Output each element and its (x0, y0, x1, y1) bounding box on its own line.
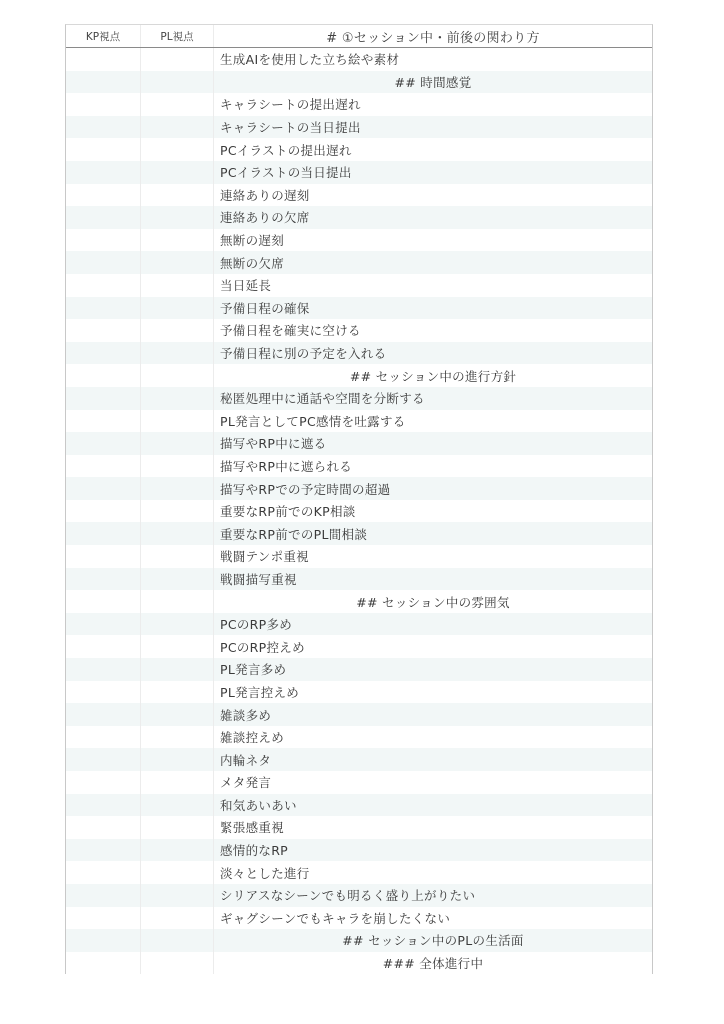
pl-view-cell[interactable] (141, 613, 214, 636)
item-label: キャラシートの提出遅れ (214, 93, 652, 116)
kp-view-cell[interactable] (66, 681, 141, 704)
kp-view-cell[interactable] (66, 274, 141, 297)
table-row: PCのRP控えめ (66, 635, 652, 658)
header-section-title: # ①セッション中・前後の関わり方 (214, 25, 652, 47)
kp-view-cell[interactable] (66, 319, 141, 342)
table-row: 雑談多め (66, 703, 652, 726)
item-label: 重要なRP前でのPL間相談 (214, 522, 652, 545)
table-row: PL発言としてPC感情を吐露する (66, 410, 652, 433)
pl-view-cell[interactable] (141, 681, 214, 704)
kp-view-cell[interactable] (66, 635, 141, 658)
pl-view-cell[interactable] (141, 410, 214, 433)
table-row: 重要なRP前でのPL間相談 (66, 522, 652, 545)
table-row: 緊張感重視 (66, 816, 652, 839)
item-label: 内輪ネタ (214, 748, 652, 771)
kp-view-cell[interactable] (66, 839, 141, 862)
pl-view-cell[interactable] (141, 794, 214, 817)
section-heading-row: ### 全体進行中 (66, 952, 652, 975)
item-label: 重要なRP前でのKP相談 (214, 500, 652, 523)
pl-view-cell[interactable] (141, 71, 214, 94)
item-label: 描写やRP中に遮る (214, 432, 652, 455)
item-label: 雑談控えめ (214, 726, 652, 749)
item-label: 生成AIを使用した立ち絵や素材 (214, 48, 652, 71)
pl-view-cell[interactable] (141, 590, 214, 613)
kp-view-cell[interactable] (66, 251, 141, 274)
table-row: 連絡ありの欠席 (66, 206, 652, 229)
kp-view-cell[interactable] (66, 364, 141, 387)
kp-view-cell[interactable] (66, 387, 141, 410)
table-row: 重要なRP前でのKP相談 (66, 500, 652, 523)
pl-view-cell[interactable] (141, 771, 214, 794)
kp-view-cell[interactable] (66, 161, 141, 184)
item-label: ギャグシーンでもキャラを崩したくない (214, 907, 652, 930)
table-row: 戦闘テンポ重視 (66, 545, 652, 568)
kp-view-cell[interactable] (66, 93, 141, 116)
section-heading: ## 時間感覚 (214, 71, 652, 94)
kp-view-cell[interactable] (66, 71, 141, 94)
kp-view-cell[interactable] (66, 726, 141, 749)
item-label: 戦闘テンポ重視 (214, 545, 652, 568)
kp-view-cell[interactable] (66, 568, 141, 591)
table-row: 雑談控えめ (66, 726, 652, 749)
kp-view-cell[interactable] (66, 116, 141, 139)
item-label: PL発言としてPC感情を吐露する (214, 410, 652, 433)
kp-view-cell[interactable] (66, 590, 141, 613)
kp-view-cell[interactable] (66, 410, 141, 433)
section-heading-row: ## 時間感覚 (66, 71, 652, 94)
section-heading: ## セッション中の雰囲気 (214, 590, 652, 613)
table-row: シリアスなシーンでも明るく盛り上がりたい (66, 884, 652, 907)
section-heading: ## セッション中の進行方針 (214, 364, 652, 387)
pl-view-cell[interactable] (141, 455, 214, 478)
pl-view-cell[interactable] (141, 251, 214, 274)
kp-view-cell[interactable] (66, 432, 141, 455)
section-heading-row: ## セッション中の進行方針 (66, 364, 652, 387)
item-label: 無断の欠席 (214, 251, 652, 274)
kp-view-cell[interactable] (66, 455, 141, 478)
table-row: キャラシートの当日提出 (66, 116, 652, 139)
item-label: 無断の遅刻 (214, 229, 652, 252)
table-row: 淡々とした進行 (66, 861, 652, 884)
pl-view-cell[interactable] (141, 161, 214, 184)
table-header: KP視点 PL視点 # ①セッション中・前後の関わり方 (66, 25, 652, 48)
item-label: 感情的なRP (214, 839, 652, 862)
table-row: PCイラストの当日提出 (66, 161, 652, 184)
item-label: 緊張感重視 (214, 816, 652, 839)
pl-view-cell[interactable] (141, 703, 214, 726)
kp-view-cell[interactable] (66, 884, 141, 907)
section-heading-row: ## セッション中の雰囲気 (66, 590, 652, 613)
pl-view-cell[interactable] (141, 206, 214, 229)
item-label: キャラシートの当日提出 (214, 116, 652, 139)
table-row: 描写やRP中に遮られる (66, 455, 652, 478)
kp-view-cell[interactable] (66, 48, 141, 71)
pl-view-cell[interactable] (141, 48, 214, 71)
table-row: PL発言控えめ (66, 681, 652, 704)
item-label: PCのRP控えめ (214, 635, 652, 658)
table-row: 内輪ネタ (66, 748, 652, 771)
item-label: 当日延長 (214, 274, 652, 297)
pl-view-cell[interactable] (141, 635, 214, 658)
table-row: 生成AIを使用した立ち絵や素材 (66, 48, 652, 71)
pl-view-cell[interactable] (141, 319, 214, 342)
table-row: PCイラストの提出遅れ (66, 138, 652, 161)
table-row: 描写やRP中に遮る (66, 432, 652, 455)
pl-view-cell[interactable] (141, 522, 214, 545)
section-heading: ## セッション中のPLの生活面 (214, 929, 652, 952)
pl-view-cell[interactable] (141, 839, 214, 862)
pl-view-cell[interactable] (141, 297, 214, 320)
kp-view-cell[interactable] (66, 545, 141, 568)
item-label: PL発言控えめ (214, 681, 652, 704)
table-row: 無断の遅刻 (66, 229, 652, 252)
kp-view-cell[interactable] (66, 929, 141, 952)
pl-view-cell[interactable] (141, 907, 214, 930)
pl-view-cell[interactable] (141, 116, 214, 139)
item-label: 描写やRP中に遮られる (214, 455, 652, 478)
kp-view-cell[interactable] (66, 500, 141, 523)
item-label: 戦闘描写重視 (214, 568, 652, 591)
header-kp-view: KP視点 (66, 25, 141, 47)
section-heading-row: ## セッション中のPLの生活面 (66, 929, 652, 952)
item-label: 和気あいあい (214, 794, 652, 817)
kp-view-cell[interactable] (66, 613, 141, 636)
kp-view-cell[interactable] (66, 816, 141, 839)
kp-view-cell[interactable] (66, 184, 141, 207)
table-row: 描写やRPでの予定時間の超過 (66, 477, 652, 500)
pl-view-cell[interactable] (141, 568, 214, 591)
pl-view-cell[interactable] (141, 432, 214, 455)
pl-view-cell[interactable] (141, 387, 214, 410)
pl-view-cell[interactable] (141, 184, 214, 207)
table-row: 予備日程を確実に空ける (66, 319, 652, 342)
kp-view-cell[interactable] (66, 297, 141, 320)
kp-view-cell[interactable] (66, 952, 141, 975)
item-label: シリアスなシーンでも明るく盛り上がりたい (214, 884, 652, 907)
pl-view-cell[interactable] (141, 229, 214, 252)
table-row: 予備日程の確保 (66, 297, 652, 320)
table-row: 戦闘描写重視 (66, 568, 652, 591)
table-row: 予備日程に別の予定を入れる (66, 342, 652, 365)
kp-view-cell[interactable] (66, 794, 141, 817)
table-row: 秘匿処理中に通話や空間を分断する (66, 387, 652, 410)
kp-view-cell[interactable] (66, 522, 141, 545)
item-label: 予備日程を確実に空ける (214, 319, 652, 342)
pl-view-cell[interactable] (141, 477, 214, 500)
kp-view-cell[interactable] (66, 206, 141, 229)
preference-table: KP視点 PL視点 # ①セッション中・前後の関わり方 生成AIを使用した立ち絵… (65, 24, 653, 974)
kp-view-cell[interactable] (66, 907, 141, 930)
table-row: ギャグシーンでもキャラを崩したくない (66, 907, 652, 930)
item-label: メタ発言 (214, 771, 652, 794)
item-label: 描写やRPでの予定時間の超過 (214, 477, 652, 500)
pl-view-cell[interactable] (141, 364, 214, 387)
pl-view-cell[interactable] (141, 726, 214, 749)
table-row: PL発言多め (66, 658, 652, 681)
pl-view-cell[interactable] (141, 342, 214, 365)
pl-view-cell[interactable] (141, 816, 214, 839)
item-label: 予備日程の確保 (214, 297, 652, 320)
table-row: キャラシートの提出遅れ (66, 93, 652, 116)
item-label: PCのRP多め (214, 613, 652, 636)
kp-view-cell[interactable] (66, 861, 141, 884)
item-label: 秘匿処理中に通話や空間を分断する (214, 387, 652, 410)
item-label: 淡々とした進行 (214, 861, 652, 884)
item-label: PL発言多め (214, 658, 652, 681)
pl-view-cell[interactable] (141, 93, 214, 116)
table-row: 無断の欠席 (66, 251, 652, 274)
kp-view-cell[interactable] (66, 771, 141, 794)
table-row: 当日延長 (66, 274, 652, 297)
header-pl-view: PL視点 (141, 25, 214, 47)
kp-view-cell[interactable] (66, 658, 141, 681)
pl-view-cell[interactable] (141, 658, 214, 681)
item-label: PCイラストの提出遅れ (214, 138, 652, 161)
table-row: 感情的なRP (66, 839, 652, 862)
item-label: 予備日程に別の予定を入れる (214, 342, 652, 365)
section-heading: ### 全体進行中 (214, 952, 652, 975)
kp-view-cell[interactable] (66, 748, 141, 771)
item-label: 雑談多め (214, 703, 652, 726)
table-body: 生成AIを使用した立ち絵や素材## 時間感覚キャラシートの提出遅れキャラシートの… (66, 48, 652, 974)
pl-view-cell[interactable] (141, 545, 214, 568)
kp-view-cell[interactable] (66, 138, 141, 161)
pl-view-cell[interactable] (141, 138, 214, 161)
item-label: 連絡ありの遅刻 (214, 184, 652, 207)
table-row: PCのRP多め (66, 613, 652, 636)
table-row: メタ発言 (66, 771, 652, 794)
pl-view-cell[interactable] (141, 861, 214, 884)
table-row: 連絡ありの遅刻 (66, 184, 652, 207)
pl-view-cell[interactable] (141, 500, 214, 523)
item-label: 連絡ありの欠席 (214, 206, 652, 229)
pl-view-cell[interactable] (141, 274, 214, 297)
kp-view-cell[interactable] (66, 703, 141, 726)
item-label: PCイラストの当日提出 (214, 161, 652, 184)
pl-view-cell[interactable] (141, 952, 214, 975)
kp-view-cell[interactable] (66, 477, 141, 500)
pl-view-cell[interactable] (141, 884, 214, 907)
kp-view-cell[interactable] (66, 342, 141, 365)
table-row: 和気あいあい (66, 794, 652, 817)
kp-view-cell[interactable] (66, 229, 141, 252)
pl-view-cell[interactable] (141, 929, 214, 952)
pl-view-cell[interactable] (141, 748, 214, 771)
